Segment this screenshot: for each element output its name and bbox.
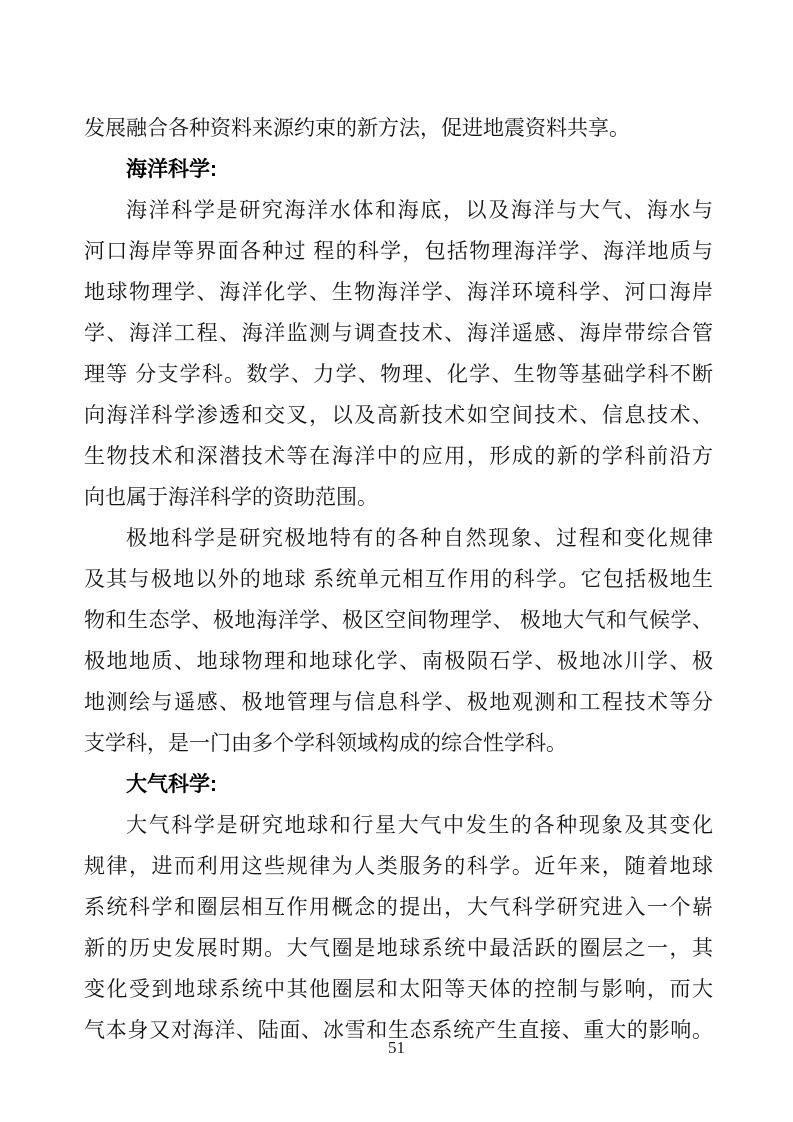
text-line: 理等 分支学科。数学、力学、物理、化学、生物等基础学科不断	[84, 354, 713, 395]
text-line: 向也属于海洋科学的资助范围。	[84, 477, 713, 518]
text-line: 发展融合各种资料来源约束的新方法，促进地震资料共享。	[84, 108, 713, 149]
text-line: 系统科学和圈层相互作用概念的提出，大气科学研究进入一个崭	[84, 887, 713, 928]
document-page: 发展融合各种资料来源约束的新方法，促进地震资料共享。海洋科学:海洋科学是研究海洋…	[0, 0, 793, 1122]
text-line: 物和生态学、极地海洋学、极区空间物理学、 极地大气和气候学、	[84, 600, 713, 641]
text-line: 极地科学是研究极地特有的各种自然现象、过程和变化规律	[84, 518, 713, 559]
text-line: 变化受到地球系统中其他圈层和太阳等天体的控制与影响，而大	[84, 969, 713, 1010]
text-line: 新的历史发展时期。大气圈是地球系统中最活跃的圈层之一，其	[84, 928, 713, 969]
text-line: 向海洋科学渗透和交叉，以及高新技术如空间技术、信息技术、	[84, 395, 713, 436]
text-line: 大气科学是研究地球和行星大气中发生的各种现象及其变化	[84, 805, 713, 846]
text-line: 支学科，是一门由多个学科领域构成的综合性学科。	[84, 723, 713, 764]
text-line: 海洋科学是研究海洋水体和海底，以及海洋与大气、海水与	[84, 190, 713, 231]
text-line: 地球物理学、海洋化学、生物海洋学、海洋环境科学、河口海岸	[84, 272, 713, 313]
text-line: 规律，进而利用这些规律为人类服务的科学。近年来，随着地球	[84, 846, 713, 887]
page-number: 51	[388, 1038, 405, 1057]
page-footer: 51	[0, 1036, 793, 1060]
section-heading: 大气科学:	[84, 764, 713, 805]
text-line: 河口海岸等界面各种过 程的科学，包括物理海洋学、海洋地质与	[84, 231, 713, 272]
text-line: 地测绘与遥感、极地管理与信息科学、极地观测和工程技术等分	[84, 682, 713, 723]
text-line: 学、海洋工程、海洋监测与调查技术、海洋遥感、海岸带综合管	[84, 313, 713, 354]
text-line: 生物技术和深潜技术等在海洋中的应用，形成的新的学科前沿方	[84, 436, 713, 477]
section-heading: 海洋科学:	[84, 149, 713, 190]
text-line: 极地地质、地球物理和地球化学、南极陨石学、极地冰川学、极	[84, 641, 713, 682]
page-content: 发展融合各种资料来源约束的新方法，促进地震资料共享。海洋科学:海洋科学是研究海洋…	[84, 108, 713, 1051]
text-line: 及其与极地以外的地球 系统单元相互作用的科学。它包括极地生	[84, 559, 713, 600]
